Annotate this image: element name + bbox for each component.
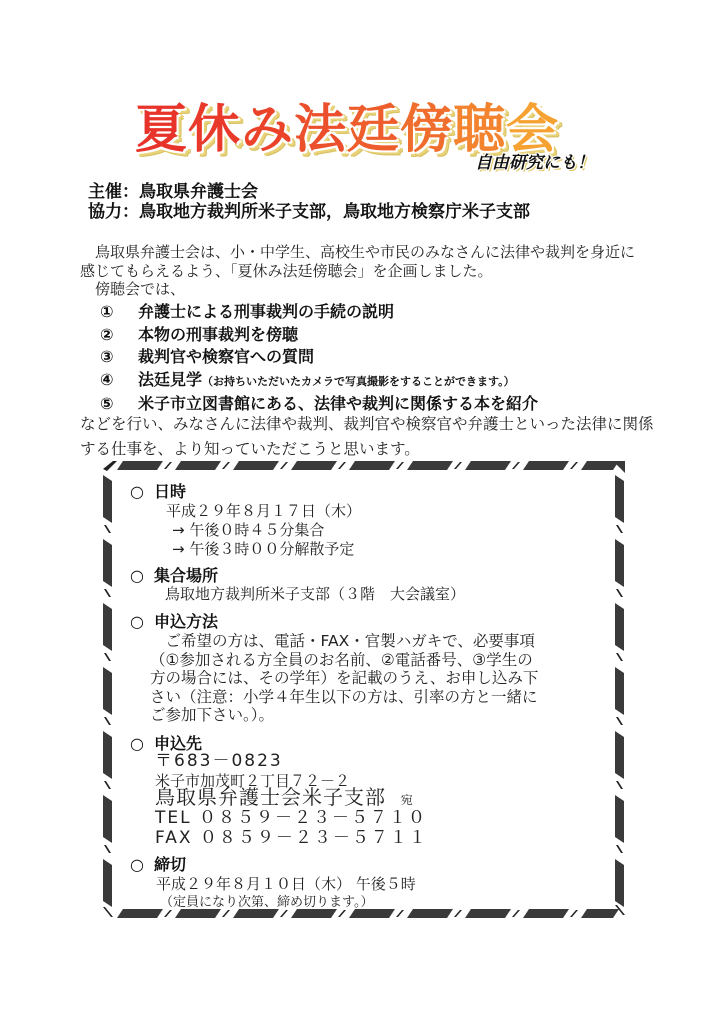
program-item: ①弁護士による刑事裁判の手続の説明 xyxy=(100,301,538,324)
host-line: 主催：鳥取県弁護士会 xyxy=(88,182,258,202)
title-char: み xyxy=(241,100,294,160)
item-number: ② xyxy=(100,324,138,347)
apply-line: 方の場合には、その学年）を記載のうえ、お申し込み下 xyxy=(150,669,538,688)
apply-line: さい（注意：小学４年生以下の方は、引率の方と一緒に xyxy=(150,688,538,707)
item-text: 本物の刑事裁判を傍聴 xyxy=(138,325,298,344)
deadline-note: （定員になり次第、締め切ります。） xyxy=(160,893,373,913)
venue-place: 鳥取地方裁判所米子支部（３階 大会議室） xyxy=(165,585,465,605)
host-label: 主催： xyxy=(88,182,139,202)
program-item: ⑤米子市立図書館にある、法律や裁判に関係する本を紹介 xyxy=(100,393,538,416)
deadline-heading: ○締切 xyxy=(130,855,186,875)
item-number: ③ xyxy=(100,346,138,369)
title-char: 傍 xyxy=(400,100,453,160)
program-item: ②本物の刑事裁判を傍聴 xyxy=(100,324,538,347)
apply-line: ご参加下さい。）。 xyxy=(150,706,538,725)
recipient-attn: 宛 xyxy=(401,793,413,807)
fax-number: FAX ０８５９－２３－５７１１ xyxy=(155,829,428,849)
title-char: 夏 xyxy=(135,100,188,160)
circle-bullet-icon: ○ xyxy=(130,566,154,586)
subtitle: 自由研究にも！ xyxy=(475,148,594,173)
datetime-heading: ○日時 xyxy=(130,482,186,502)
circle-bullet-icon: ○ xyxy=(130,855,154,875)
tel-number: TEL ０８５９－２３－５７１０ xyxy=(155,809,427,829)
coop-names: 鳥取地方裁判所米子支部，鳥取地方検察庁米子支部 xyxy=(139,202,530,222)
apply-line: ご希望の方は、電話・FAX・官製ハガキで、必要事項 xyxy=(150,632,538,651)
apply-method-text: ご希望の方は、電話・FAX・官製ハガキで、必要事項 （①参加される方全員のお名前… xyxy=(150,632,538,725)
intro-line-1: 鳥取県弁護士会は、小・中学生、高校生や市民のみなさんに法律や裁判を身近に xyxy=(80,242,635,262)
event-date: 平成２９年８月１７日（木） xyxy=(166,502,361,522)
heading-text: 申込方法 xyxy=(154,612,218,631)
program-item: ③裁判官や検察官への質問 xyxy=(100,346,538,369)
recipient-org: 鳥取県弁護士会米子支部 xyxy=(155,785,386,809)
circle-bullet-icon: ○ xyxy=(130,612,154,632)
closing-line-1: などを行い、みなさんに法律や裁判、裁判官や検察官や弁護士といった法律に関係 xyxy=(80,414,654,434)
venue-heading: ○集合場所 xyxy=(130,566,218,586)
title-char: 休 xyxy=(188,100,241,160)
postal-code: 〒683－0823 xyxy=(155,752,283,772)
heading-text: 集合場所 xyxy=(154,566,218,585)
item-text: 裁判官や検察官への質問 xyxy=(138,347,314,366)
item-number: ① xyxy=(100,301,138,324)
apply-line: （①参加される方全員のお名前、②電話番号、③学生の xyxy=(150,651,538,670)
intro-line-2: 感じてもらえるよう、「夏休み法廷傍聴会」を企画しました。 xyxy=(80,261,493,281)
item-number: ④ xyxy=(100,369,138,392)
item-text: 法廷見学 xyxy=(138,370,202,389)
item-text: 弁護士による刑事裁判の手続の説明 xyxy=(138,302,394,321)
item-text: 米子市立図書館にある、法律や裁判に関係する本を紹介 xyxy=(138,394,538,413)
title-char: 法 xyxy=(294,100,347,160)
gather-time: → 午後０時４５分集合 xyxy=(172,521,324,541)
heading-text: 締切 xyxy=(154,855,186,874)
heading-text: 日時 xyxy=(154,482,186,501)
host-name: 鳥取県弁護士会 xyxy=(139,182,258,202)
cooperation-line: 協力：鳥取地方裁判所米子支部，鳥取地方検察庁米子支部 xyxy=(88,202,530,222)
apply-method-heading: ○申込方法 xyxy=(130,612,218,632)
program-list: ①弁護士による刑事裁判の手続の説明 ②本物の刑事裁判を傍聴 ③裁判官や検察官への… xyxy=(100,301,538,416)
closing-line-2: する仕事を、より知っていただこうと思います。 xyxy=(80,439,420,459)
circle-bullet-icon: ○ xyxy=(130,482,154,502)
circle-bullet-icon: ○ xyxy=(130,734,154,754)
dismiss-time: → 午後３時００分解散予定 xyxy=(172,540,354,560)
item-number: ⑤ xyxy=(100,393,138,416)
item-note: （お持ちいただいたカメラで写真撮影をすることができます。） xyxy=(202,375,515,388)
program-item: ④法廷見学（お持ちいただいたカメラで写真撮影をすることができます。） xyxy=(100,369,538,394)
title-char: 廷 xyxy=(347,100,400,160)
intro-line-3: 傍聴会では、 xyxy=(80,279,185,299)
deadline-date: 平成２９年８月１０日（木） 午後５時 xyxy=(156,875,416,895)
coop-label: 協力： xyxy=(88,202,139,222)
